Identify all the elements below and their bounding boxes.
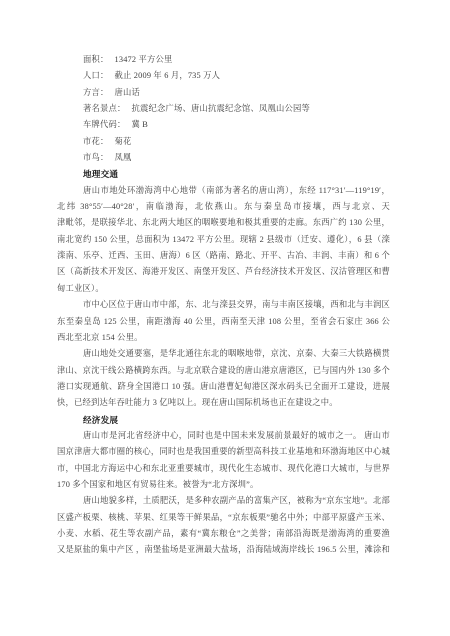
info-row-city-bird: 市鸟：凤凰 xyxy=(57,150,390,166)
paragraph-line: 快，已经到达年吞吐能力 3 亿吨以上。现在唐山国际机场也正在建设之中。 xyxy=(57,395,390,411)
info-row-city-flower: 市花：菊花 xyxy=(57,134,390,150)
section-heading-economy: 经济发展 xyxy=(57,412,390,428)
info-label: 车牌代码： xyxy=(83,120,126,129)
paragraph-line: 滦南、乐亭、迁西、玉田、唐海）6 区（路南、路北、开平、古冶、丰润、丰南）和 6… xyxy=(57,248,390,264)
info-row-plate-code: 车牌代码：冀 B xyxy=(57,117,390,133)
paragraph: 唐山地处交通要塞，是华北通往东北的咽喉地带，京沈、京秦、大秦三大铁路横贯全境。 … xyxy=(57,346,390,411)
paragraph: 唐山市地处环渤海湾中心地带（南部为著名的唐山湾），东经 117°31′—119°… xyxy=(57,183,390,297)
info-value: 冀 B xyxy=(132,120,149,129)
paragraph-line: 区（高新技术开发区、海港开发区、南堡开发区、芦台经济技术开发区、汉沽管理区和曹妃 xyxy=(57,264,390,280)
paragraph: 唐山市是河北省经济中心，同时也是中国未来发展前景最好的城市之一。 唐山市是我 国… xyxy=(57,428,390,493)
paragraph-line: 南北宽约 150 公里，总面积为 13472 平方公里。现辖 2 县级市（迁安、… xyxy=(57,232,390,248)
info-label: 方言： xyxy=(83,88,109,97)
info-label: 著名景点： xyxy=(83,104,126,113)
paragraph-line: 唐山市地处环渤海湾中心地带（南部为著名的唐山湾），东经 117°31′—119°… xyxy=(57,183,390,199)
paragraph-line: 唐山市是河北省经济中心，同时也是中国未来发展前景最好的城市之一。 唐山市是我 xyxy=(57,428,390,444)
section-heading-geography: 地理交通 xyxy=(57,166,390,182)
paragraph-line: 国京津唐大都市圈的核心，同时也是我国重要的新型高科技工业基地和环渤海地区中心城 xyxy=(57,444,390,460)
info-value: 抗震纪念广场、唐山抗震纪念馆、凤凰山公园等 xyxy=(132,104,310,113)
paragraph: 市中心区位于唐山市中部，东、北与滦县交界，南与丰南区接壤，西和北与丰润区毗邻。 … xyxy=(57,297,390,346)
paragraph-line: 津山、京沈干线公路横跨东西。与北京联合建设的唐山港京唐港区，已与国内外 130 … xyxy=(57,363,390,379)
info-value: 唐山话 xyxy=(115,88,141,97)
page: { "colors": { "page_background": "#fffff… xyxy=(0,0,450,636)
paragraph-line: 北纬 38°55′—40°28′，南临渤海，北依燕山。东与秦皇岛市接壤，西与北京… xyxy=(57,199,390,215)
paragraph-line: 东至秦皇岛 125 公里，南距渤海 40 公里，西南至天津 108 公里，至省会… xyxy=(57,314,390,330)
paragraph-line: 市中心区位于唐山市中部，东、北与滦县交界，南与丰南区接壤，西和北与丰润区毗邻。 xyxy=(57,297,390,313)
paragraph-line: 又是原盐的集中产区 ，南堡盐场是亚洲最大盐场，沿海陆域海岸线长 196.5 公里… xyxy=(57,542,390,558)
info-value: 菊花 xyxy=(115,137,132,146)
info-value: 凤凰 xyxy=(115,153,132,162)
paragraph-line: 市，中国北方海运中心和东北亚重要城市，现代化生态城市、现代化港口大城市，与世界上 xyxy=(57,461,390,477)
paragraph-line: 唐山地貌多样，土质肥沃，是多种农副产品的富集产区，被称为“京东宝地”。北部山 xyxy=(57,493,390,509)
info-row-attractions: 著名景点：抗震纪念广场、唐山抗震纪念馆、凤凰山公园等 xyxy=(57,101,390,117)
paragraph-line: 唐山地处交通要塞，是华北通往东北的咽喉地带，京沈、京秦、大秦三大铁路横贯全境。 xyxy=(57,346,390,362)
paragraph-line: 港口实现通航、跻身全国港口 10 强。唐山港曹妃甸港区深水码头已全面开工建设，进… xyxy=(57,379,390,395)
document-page: 面积：13472 平方公里 人口：截止 2009 年 6 月，735 万人 方言… xyxy=(57,52,390,559)
paragraph: 唐山地貌多样，土质肥沃，是多种农副产品的富集产区，被称为“京东宝地”。北部山 区… xyxy=(57,493,390,558)
info-row-area: 面积：13472 平方公里 xyxy=(57,52,390,68)
info-label: 市花： xyxy=(83,137,109,146)
paragraph-line: 170 多个国家和地区有贸易往来。被誉为“北方深圳”。 xyxy=(57,477,390,493)
info-label: 市鸟： xyxy=(83,153,109,162)
paragraph-line: 小麦、水稻、花生等农副产品，素有“冀东粮仓”之美誉；南部沿海既是渤海湾的重要渔场… xyxy=(57,526,390,542)
info-label: 面积： xyxy=(83,55,109,64)
info-row-population: 人口：截止 2009 年 6 月，735 万人 xyxy=(57,68,390,84)
info-value: 截止 2009 年 6 月，735 万人 xyxy=(115,71,221,80)
info-label: 人口： xyxy=(83,71,109,80)
paragraph-line: 西北至北京 154 公里。 xyxy=(57,330,390,346)
info-value: 13472 平方公里 xyxy=(115,55,173,64)
paragraph-line: 津毗邻，是联接华北、东北两大地区的咽喉要地和极其重要的走廊。东西广约 130 公… xyxy=(57,215,390,231)
paragraph-line: 甸工业区）。 xyxy=(57,281,390,297)
info-row-dialect: 方言：唐山话 xyxy=(57,85,390,101)
paragraph-line: 区盛产板栗、核桃、苹果、红果等干鲜果品，“京东板栗”驰名中外；中部平原盛产玉米、 xyxy=(57,510,390,526)
